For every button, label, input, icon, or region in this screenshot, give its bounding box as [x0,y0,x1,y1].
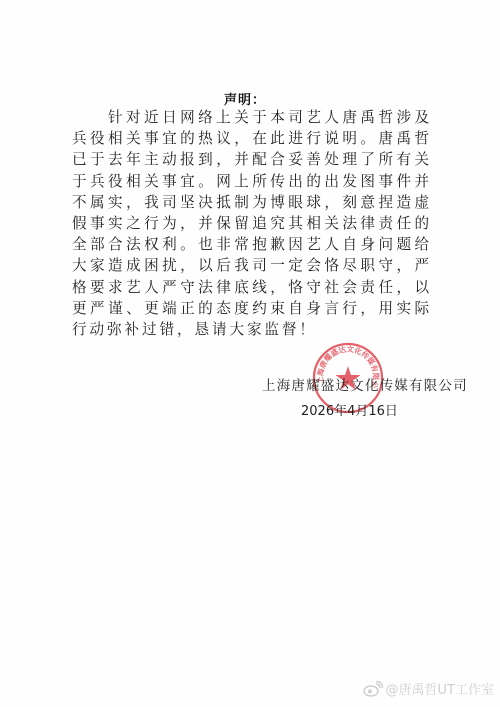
weibo-icon [363,681,383,697]
weibo-watermark: @唐禹哲UT工作室 [363,679,494,698]
statement-body: 针对近日网络上关于本司艺人唐禹哲涉及兵役相关事宜的热议，在此进行说明。唐禹哲已于… [72,107,432,340]
statement-date: 2026年4月16日 [301,400,398,419]
company-name: 上海唐耀盛达文化传媒有限公司 [262,374,468,394]
statement-document: 声明： 针对近日网络上关于本司艺人唐禹哲涉及兵役相关事宜的热议，在此进行说明。唐… [0,0,500,707]
watermark-text: @唐禹哲UT工作室 [386,679,494,698]
document-title: 声明： [0,89,490,108]
